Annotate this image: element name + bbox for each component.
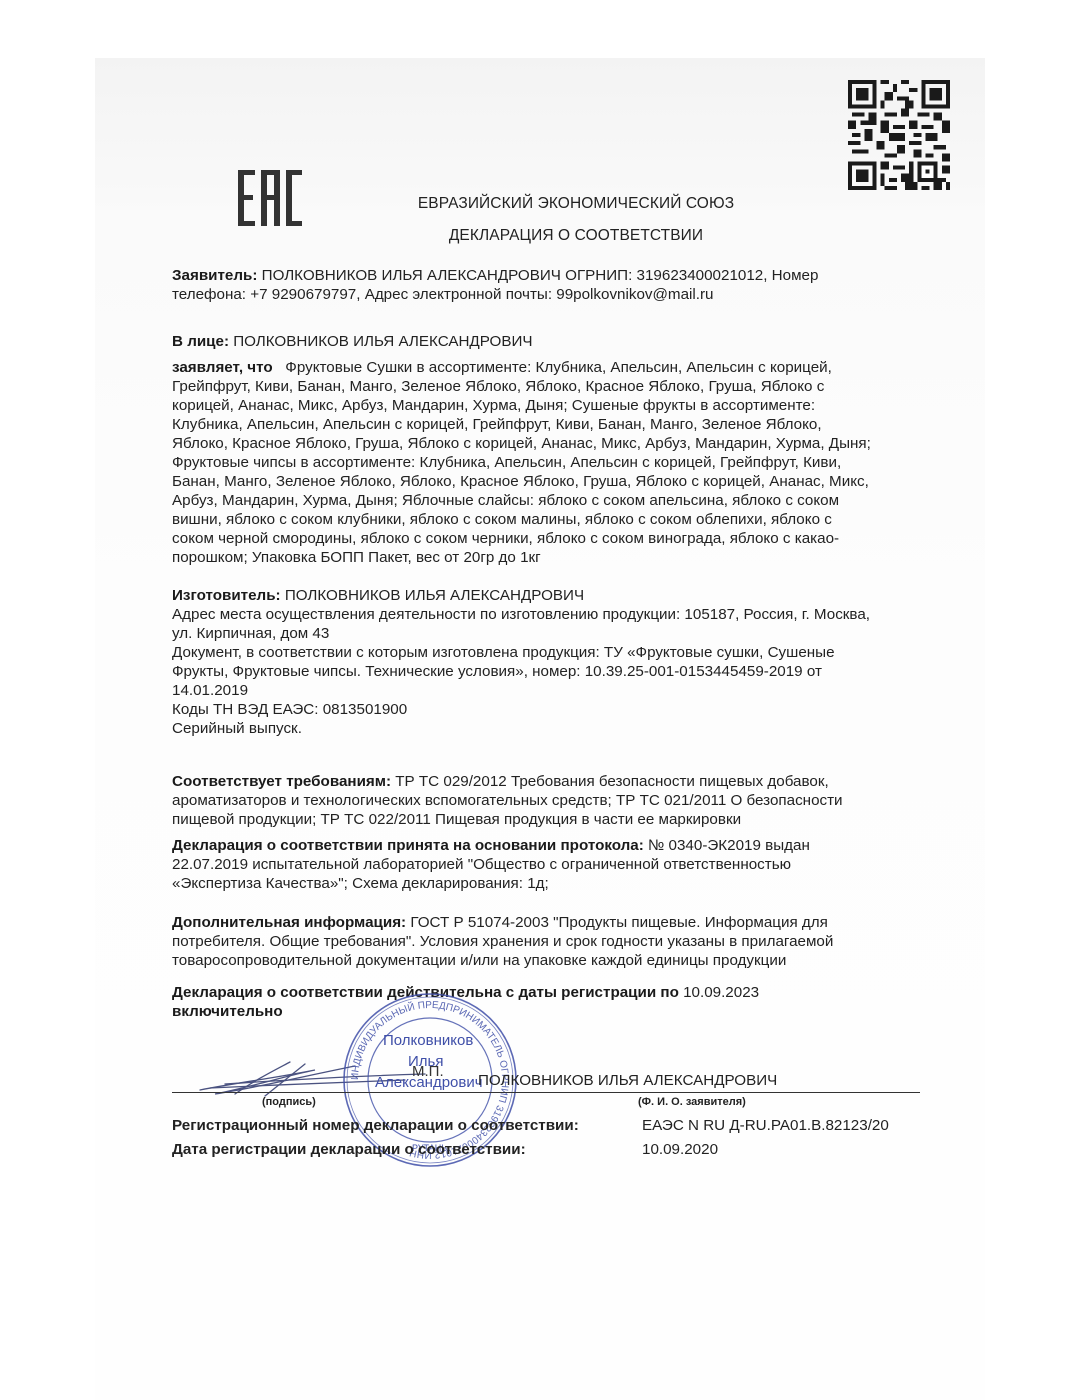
protocol-section: Декларация о соответствии принята на осн… bbox=[172, 836, 942, 893]
document-title: ДЕКЛАРАЦИЯ О СООТВЕТСТВИИ bbox=[0, 227, 1082, 245]
applicant-section: Заявитель: ПОЛКОВНИКОВ ИЛЬЯ АЛЕКСАНДРОВИ… bbox=[172, 266, 942, 304]
applicant-contacts: телефона: +7 9290679797, Адрес электронн… bbox=[172, 285, 942, 304]
protocol-label: Декларация о соответствии принята на осн… bbox=[172, 837, 644, 854]
additional-line: потребителя. Общие требования". Условия … bbox=[172, 932, 942, 951]
declares-line: соком черной смородины, яблоко с соком ч… bbox=[172, 529, 942, 548]
declares-line: Яблоко, Красное Яблоко, Груша, Яблоко с … bbox=[172, 434, 942, 453]
qr-code-icon bbox=[848, 80, 950, 190]
additional-line: товаросопроводительной документации и/ил… bbox=[172, 951, 942, 970]
signature-caption: (подпись) bbox=[262, 1096, 316, 1108]
declares-line: Фруктовые Сушки в ассортименте: Клубника… bbox=[273, 359, 832, 376]
manufacturer-value: ПОЛКОВНИКОВ ИЛЬЯ АЛЕКСАНДРОВИЧ bbox=[281, 587, 584, 604]
validity-section: Декларация о соответствии действительна … bbox=[172, 983, 942, 1021]
declares-line: Арбуз, Мандарин, Хурма, Дыня; Яблочные с… bbox=[172, 491, 942, 510]
manufacturer-standard-date: 14.01.2019 bbox=[172, 681, 942, 700]
manufacturer-section: Изготовитель: ПОЛКОВНИКОВ ИЛЬЯ АЛЕКСАНДР… bbox=[172, 586, 942, 738]
registration-date-label: Дата регистрации декларации о соответств… bbox=[172, 1141, 526, 1158]
compliance-line: пищевой продукции; ТР ТС 022/2011 Пищева… bbox=[172, 810, 942, 829]
applicant-label: Заявитель: bbox=[172, 267, 257, 284]
union-title: ЕВРАЗИЙСКИЙ ЭКОНОМИЧЕСКИЙ СОЮЗ bbox=[0, 195, 1082, 213]
declares-line: корицей, Ананас, Микс, Арбуз, Мандарин, … bbox=[172, 396, 942, 415]
manufacturer-standard: Фрукты, Фруктовые чипсы. Технические усл… bbox=[172, 662, 942, 681]
stamp-line: Полковников bbox=[383, 1032, 473, 1049]
registration-number-label: Регистрационный номер декларации о соотв… bbox=[172, 1117, 579, 1134]
declares-section: заявляет, что Фруктовые Сушки в ассортим… bbox=[172, 358, 942, 567]
represented-label: В лице: bbox=[172, 333, 229, 350]
name-caption: (Ф. И. О. заявителя) bbox=[638, 1096, 746, 1108]
compliance-section: Соответствует требованиям: ТР ТС 029/201… bbox=[172, 772, 942, 829]
additional-line: ГОСТ Р 51074-2003 "Продукты пищевые. Инф… bbox=[406, 914, 828, 931]
registration-number: ЕАЭС N RU Д-RU.PA01.B.82123/20 bbox=[642, 1117, 889, 1134]
additional-section: Дополнительная информация: ГОСТ Р 51074-… bbox=[172, 913, 942, 970]
manufacturer-standard: Документ, в соответствии с которым изгот… bbox=[172, 643, 942, 662]
manufacturer-label: Изготовитель: bbox=[172, 587, 281, 604]
protocol-line: «Экспертиза Качества»"; Схема деклариров… bbox=[172, 874, 942, 893]
represented-section: В лице: ПОЛКОВНИКОВ ИЛЬЯ АЛЕКСАНДРОВИЧ bbox=[172, 332, 942, 351]
additional-label: Дополнительная информация: bbox=[172, 914, 406, 931]
manufacturer-hs-code: Коды ТН ВЭД ЕАЭС: 0813501900 bbox=[172, 700, 942, 719]
declares-line: вишни, яблоко с соком клубники, яблоко с… bbox=[172, 510, 942, 529]
validity-suffix: включительно bbox=[172, 1003, 283, 1020]
declares-line: Клубника, Апельсин, Апельсин с корицей, … bbox=[172, 415, 942, 434]
declares-line: Фруктовые чипсы в ассортименте: Клубника… bbox=[172, 453, 942, 472]
represented-value: ПОЛКОВНИКОВ ИЛЬЯ АЛЕКСАНДРОВИЧ bbox=[229, 333, 532, 350]
compliance-line: ароматизаторов и технологических вспомог… bbox=[172, 791, 942, 810]
protocol-line: 22.07.2019 испытательной лабораторией "О… bbox=[172, 855, 942, 874]
protocol-line: № 0340-ЭК2019 выдан bbox=[644, 837, 810, 854]
seal-place-label: М.П. bbox=[412, 1063, 444, 1080]
declares-label: заявляет, что bbox=[172, 359, 273, 376]
manufacturer-address: Адрес места осуществления деятельности п… bbox=[172, 605, 942, 624]
compliance-line: ТР ТС 029/2012 Требования безопасности п… bbox=[391, 773, 829, 790]
manufacturer-production-type: Серийный выпуск. bbox=[172, 719, 942, 738]
declares-line: порошком; Упаковка БОПП Пакет, вес от 20… bbox=[172, 548, 942, 567]
registration-date: 10.09.2020 bbox=[642, 1141, 718, 1158]
validity-date: 10.09.2023 bbox=[679, 984, 759, 1001]
compliance-label: Соответствует требованиям: bbox=[172, 773, 391, 790]
manufacturer-address: ул. Кирпичная, дом 43 bbox=[172, 624, 942, 643]
signature-line bbox=[172, 1092, 920, 1093]
declares-line: Банан, Манго, Зеленое Яблоко, Яблоко, Кр… bbox=[172, 472, 942, 491]
applicant-value: ПОЛКОВНИКОВ ИЛЬЯ АЛЕКСАНДРОВИЧ ОГРНИП: 3… bbox=[257, 267, 818, 284]
signatory-name: ПОЛКОВНИКОВ ИЛЬЯ АЛЕКСАНДРОВИЧ bbox=[478, 1072, 777, 1089]
declares-line: Грейпфрут, Киви, Банан, Манго, Зеленое Я… bbox=[172, 377, 942, 396]
